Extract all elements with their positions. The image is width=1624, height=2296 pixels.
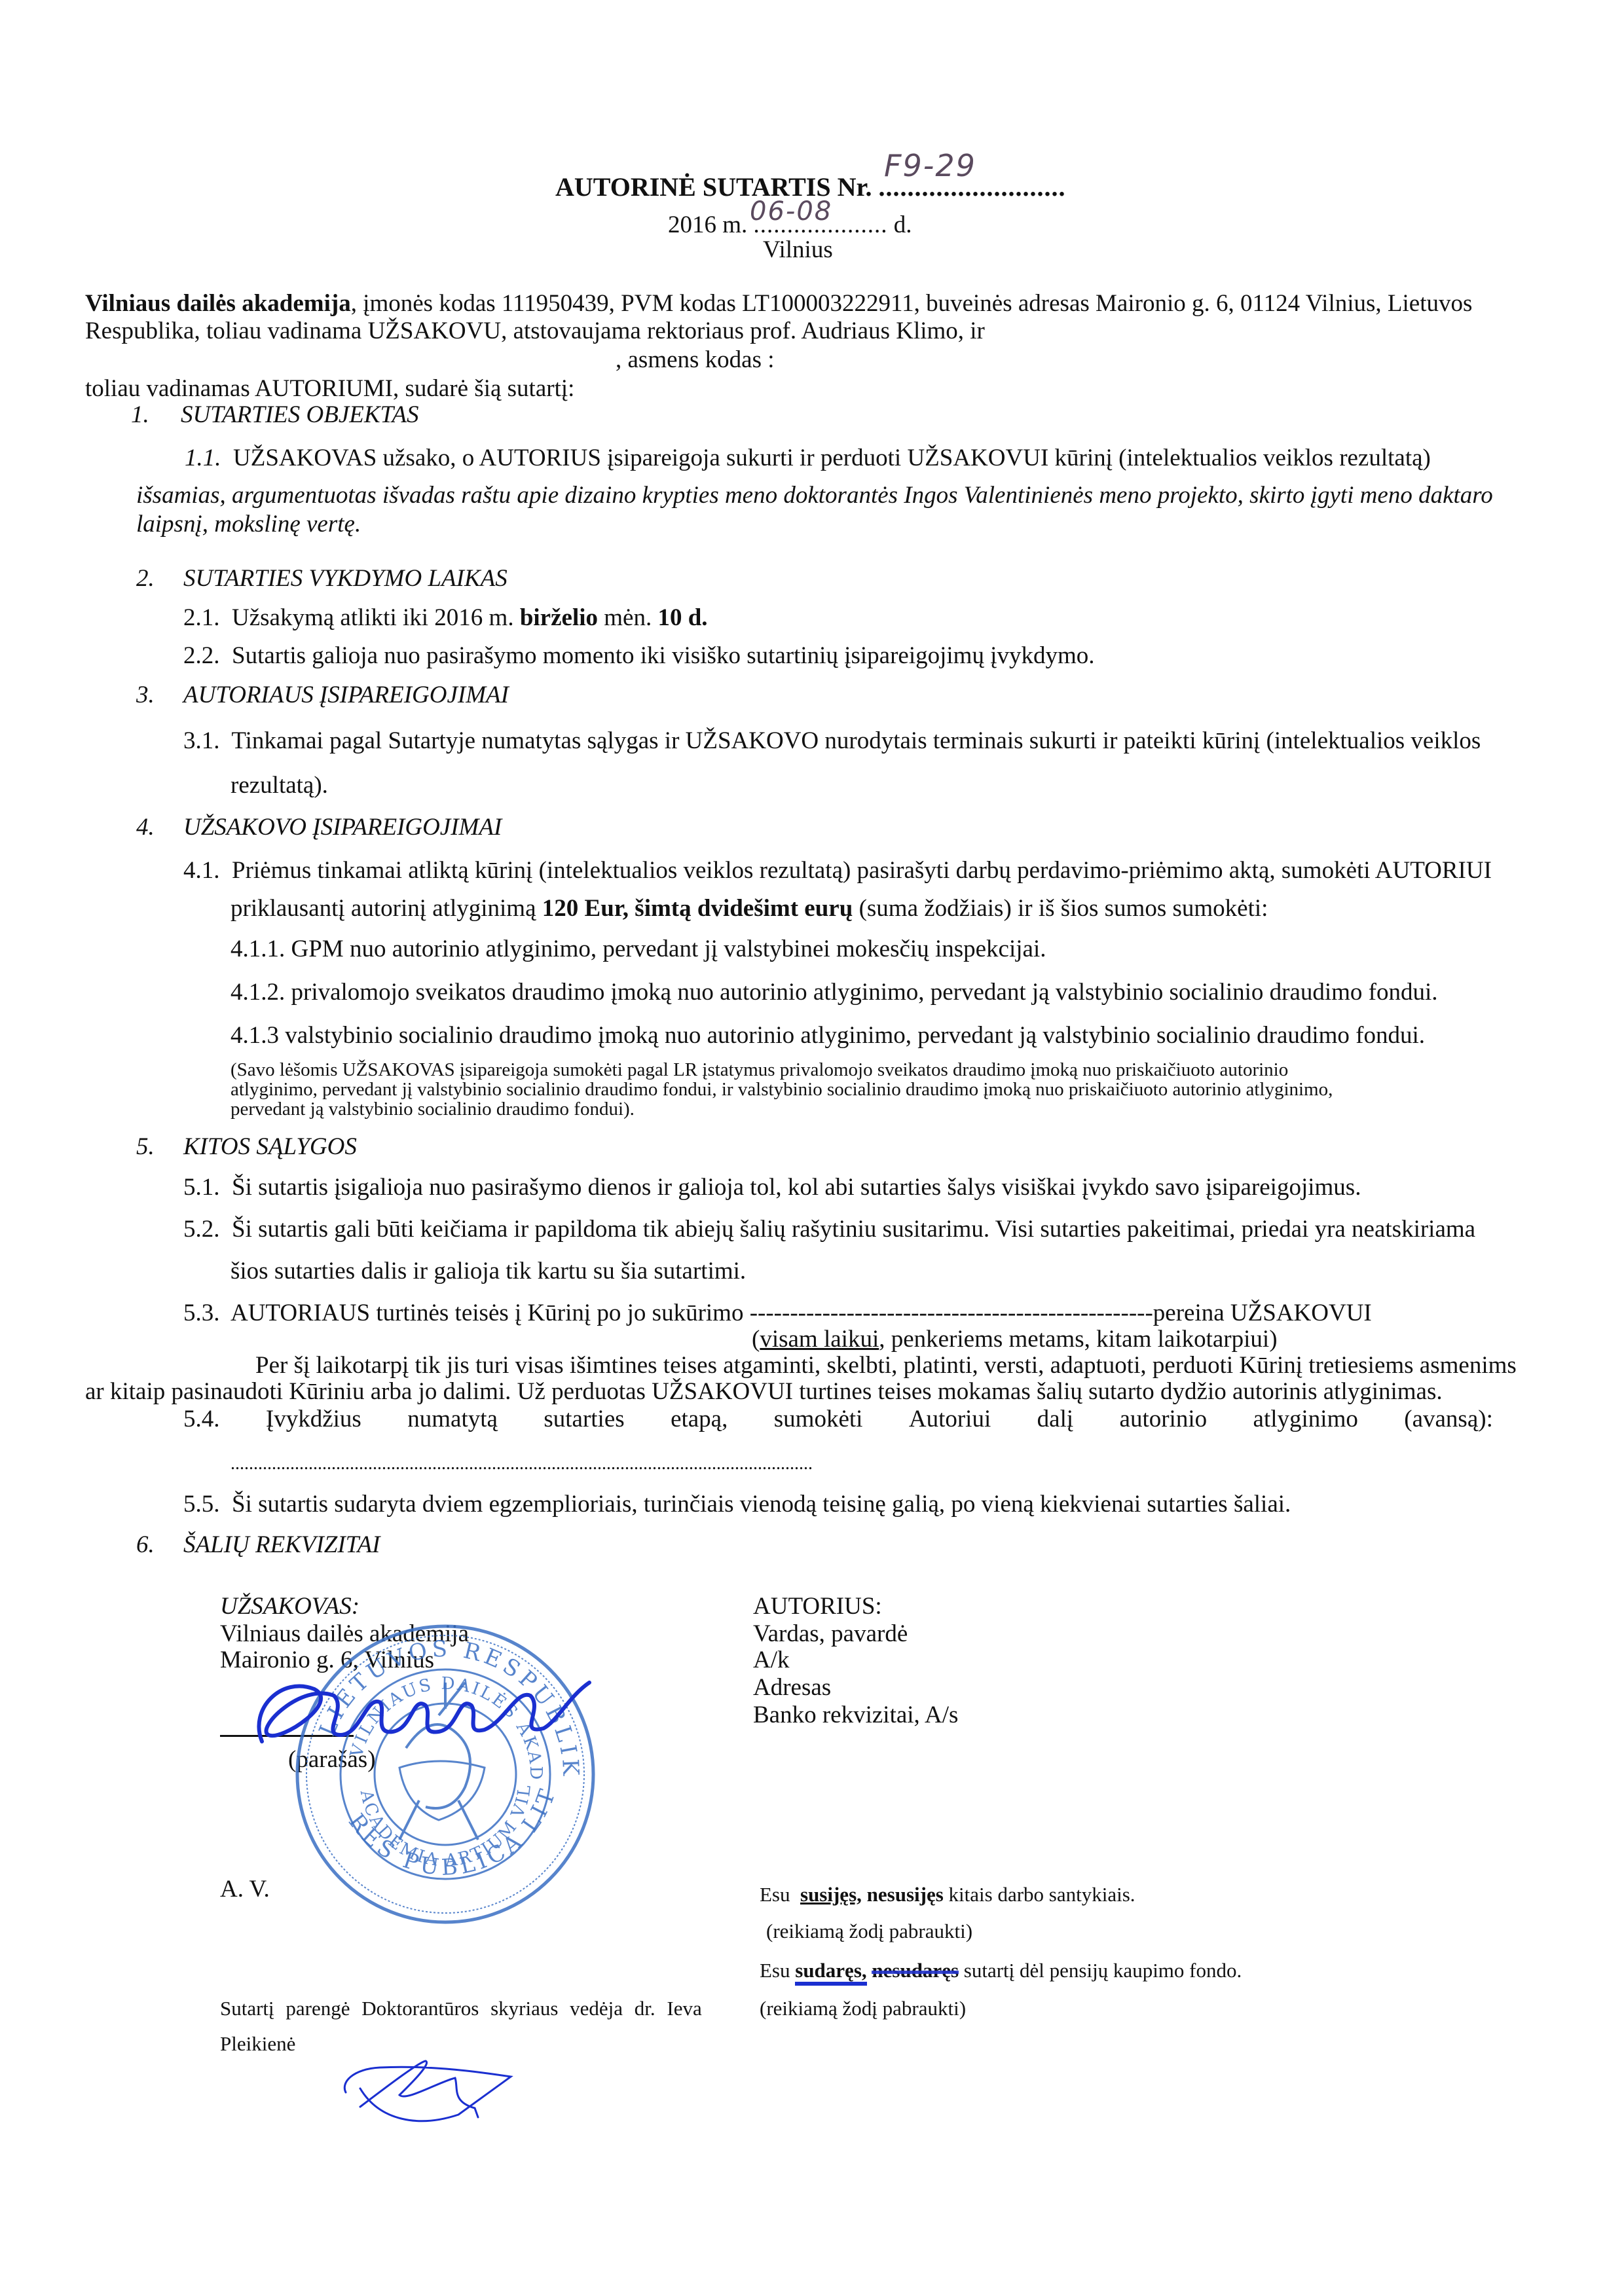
word: atlyginimo: [1253, 1405, 1358, 1434]
word: Autoriui: [909, 1405, 991, 1434]
word: dalį: [1037, 1405, 1073, 1434]
selected-period: visam laikui: [760, 1326, 879, 1353]
clause-4-1-cont: priklausantį autorinį atlyginimą 120 Eur…: [231, 894, 1268, 923]
clause-text: Užsakymą atlikti iki 2016 m.: [232, 604, 514, 631]
section-1-title: SUTARTIES OBJEKTAS: [181, 401, 418, 429]
employment-hint: (reikiamą žodį pabraukti): [766, 1917, 972, 1946]
section-3-number: 3.: [136, 681, 155, 710]
author-personal-code-field: A/k: [753, 1646, 790, 1675]
word: sumokėti: [774, 1405, 863, 1434]
fee-text-end: (suma žodžiais) ir iš šios sumos sumokėt…: [859, 895, 1268, 922]
section-5-number: 5.: [136, 1133, 155, 1161]
deadline-month: birželio: [520, 604, 598, 631]
date-handwritten: 06-08: [750, 196, 832, 227]
author-bank-field: Banko rekvizitai, A/s: [753, 1701, 958, 1730]
clause-5-2: 5.2. Ši sutartis gali būti keičiama ir p…: [183, 1215, 1475, 1244]
pension-status: Esu sudaręs, nesudaręs sutartį dėl pensi…: [760, 1956, 1242, 1985]
esu-text: Esu: [760, 1959, 790, 1982]
clause-5-3-line-3: Per šį laikotarpį tik jis turi visas iši…: [255, 1351, 1517, 1380]
parties-line-2: Respublika, toliau vadinama UŽSAKOVU, at…: [85, 317, 985, 346]
word: (avansą):: [1404, 1405, 1493, 1434]
section-5-title: KITOS SĄLYGOS: [183, 1133, 357, 1161]
clause-5-2-cont: šios sutarties dalis ir galioja tik kart…: [231, 1257, 746, 1286]
paren-open: (: [752, 1326, 760, 1353]
employment-status: Esu susijęs, nesusijęs kitais darbo sant…: [760, 1880, 1135, 1909]
pension-hint: (reikiamą žodį pabraukti): [760, 1994, 966, 2023]
word: autorinio: [1120, 1405, 1208, 1434]
contract-city: Vilnius: [763, 236, 833, 264]
org-details: , įmonės kodas 111950439, PVM kodas LT10…: [351, 290, 1473, 317]
clause-number: 1.1.: [185, 445, 221, 471]
pension-suffix: sutartį dėl pensijų kaupimo fondo.: [964, 1959, 1242, 1982]
author-address-field: Adresas: [753, 1673, 831, 1702]
clause-number: 4.1.: [183, 857, 220, 884]
clause-number: 3.1.: [183, 727, 220, 754]
parties-line-3: , asmens kodas :: [616, 346, 775, 374]
section-6-title: ŠALIŲ REKVIZITAI: [183, 1531, 380, 1559]
word: numatytą: [407, 1405, 498, 1434]
option-not-employed[interactable]: nesusijęs: [867, 1883, 944, 1906]
clause-5-4: 5.4. Įvykdžius numatytą sutarties etapą,…: [183, 1405, 1493, 1434]
clause-number: 2.1.: [183, 604, 220, 631]
clause-text-mid: mėn.: [604, 604, 652, 631]
date-suffix: d.: [894, 211, 912, 238]
clause-number: 5.3.: [183, 1300, 220, 1326]
fee-text: priklausantį autorinį atlyginimą: [231, 895, 536, 922]
clause-4-1-3: 4.1.3 valstybinio socialinio draudimo įm…: [231, 1021, 1425, 1050]
author-name-field: Vardas, pavardė: [753, 1620, 908, 1649]
clause-text: UŽSAKOVAS užsako, o AUTORIUS įsipareigoj…: [233, 445, 1431, 471]
employer-note-line-2: atlyginimo, pervedant jį valstybinio soc…: [231, 1079, 1333, 1100]
parties-line-1: Vilniaus dailės akademija, įmonės kodas …: [85, 289, 1506, 318]
clause-4-1: 4.1. Priėmus tinkamai atliktą kūrinį (in…: [183, 856, 1492, 885]
author-label: AUTORIUS:: [753, 1592, 882, 1621]
clause-text: Ši sutartis įsigalioja nuo pasirašymo di…: [232, 1174, 1361, 1201]
option-employed-selected[interactable]: susijęs,: [800, 1883, 862, 1906]
clause-5-3-line-4: ar kitaip pasinaudoti Kūriniu arba jo da…: [85, 1377, 1443, 1406]
clause-number: 5.5.: [183, 1491, 220, 1518]
section-3-title: AUTORIAUS ĮSIPAREIGOJIMAI: [183, 681, 509, 710]
fee-amount: 120 Eur, šimtą dvidešimt eurų: [542, 895, 853, 922]
clause-2-1: 2.1. Užsakymą atlikti iki 2016 m. biržel…: [183, 604, 708, 632]
section-1-number: 1.: [131, 401, 149, 429]
clause-text: Tinkamai pagal Sutartyje numatytas sąlyg…: [231, 727, 1481, 754]
word: etapą,: [671, 1405, 728, 1434]
dashes-fill: ----------------------------------------…: [750, 1300, 1153, 1326]
section-6-number: 6.: [136, 1531, 155, 1559]
employment-suffix: kitais darbo santykiais.: [949, 1883, 1135, 1906]
other-periods: , penkeriems metams, kitam laikotarpiui): [879, 1326, 1277, 1353]
section-2-number: 2.: [136, 564, 155, 593]
section-4-number: 4.: [136, 813, 155, 842]
clause-3-1: 3.1. Tinkamai pagal Sutartyje numatytas …: [183, 727, 1481, 756]
prepared-by-line-2: Pleikienė: [220, 2030, 295, 2058]
clause-5-1: 5.1. Ši sutartis įsigalioja nuo pasirašy…: [183, 1173, 1361, 1202]
option-pension-signed-selected[interactable]: sudaręs,: [795, 1959, 866, 1986]
clause-3-1-cont: rezultatą).: [231, 771, 328, 800]
clause-number: 5.2.: [183, 1216, 220, 1243]
clause-text-end: pereina UŽSAKOVUI: [1153, 1300, 1372, 1326]
seal-label: A. V.: [220, 1875, 270, 1904]
prepared-by-line-1: Sutartį parengė Doktorantūros skyriaus v…: [220, 1994, 702, 2023]
option-pension-not-signed-struck[interactable]: nesudaręs: [872, 1959, 959, 1982]
word: sutarties: [544, 1405, 624, 1434]
employer-note-line-1: (Savo lėšomis UŽSAKOVAS įsipareigoja sum…: [231, 1059, 1288, 1080]
clause-text: Ši sutartis gali būti keičiama ir papild…: [232, 1216, 1475, 1243]
clause-5-3: 5.3. AUTORIAUS turtinės teisės į Kūrinį …: [183, 1299, 1372, 1328]
section-2-title: SUTARTIES VYKDYMO LAIKAS: [183, 564, 507, 593]
esu-text: Esu: [760, 1883, 790, 1906]
clause-number: 5.1.: [183, 1174, 220, 1201]
contract-number-handwritten: F9-29: [884, 148, 976, 183]
employer-note-line-3: pervedant ją valstybinio socialinio drau…: [231, 1099, 635, 1120]
clause-1-1: 1.1. UŽSAKOVAS užsako, o AUTORIUS įsipar…: [185, 444, 1431, 473]
org-name: Vilniaus dailės akademija: [85, 290, 351, 317]
clause-number: 5.4.: [183, 1405, 220, 1434]
clause-4-1-1: 4.1.1. GPM nuo autorinio atlyginimo, per…: [231, 935, 1046, 964]
clause-4-1-2: 4.1.2. privalomojo sveikatos draudimo įm…: [231, 978, 1438, 1007]
object-description-line-2: laipsnį, mokslinę vertę.: [136, 510, 361, 539]
date-year: 2016 m.: [668, 211, 747, 238]
object-description-line-1: išsamias, argumentuotas išvadas raštu ap…: [136, 481, 1493, 510]
deadline-day: 10 d.: [657, 604, 707, 631]
clause-text: Priėmus tinkamai atliktą kūrinį (intelek…: [232, 857, 1492, 884]
clause-text: AUTORIAUS turtinės teisės į Kūrinį po jo…: [231, 1300, 744, 1326]
advance-amount-blank[interactable]: ........................................…: [231, 1449, 813, 1478]
clause-5-5: 5.5. Ši sutartis sudaryta dviem egzempli…: [183, 1490, 1291, 1519]
clause-number: 2.2.: [183, 642, 220, 669]
academy-seal-stamp-icon: LIETUVOS RESPUBLIKA RES PUBLICA LITHUANI…: [288, 1617, 602, 1931]
word: Įvykdžius: [266, 1405, 361, 1434]
section-4-title: UŽSAKOVO ĮSIPAREIGOJIMAI: [183, 813, 502, 842]
preparer-signature-icon: [341, 2049, 537, 2128]
parties-line-4: toliau vadinamas AUTORIUMI, sudarė šią s…: [85, 374, 574, 403]
clause-text: Sutartis galioja nuo pasirašymo momento …: [232, 642, 1095, 669]
rector-signature-icon: [242, 1669, 609, 1748]
clause-2-2: 2.2. Sutartis galioja nuo pasirašymo mom…: [183, 642, 1095, 670]
clause-text: Ši sutartis sudaryta dviem egzemplioriai…: [232, 1491, 1291, 1518]
rights-period-options: (visam laikui, penkeriems metams, kitam …: [752, 1325, 1278, 1354]
